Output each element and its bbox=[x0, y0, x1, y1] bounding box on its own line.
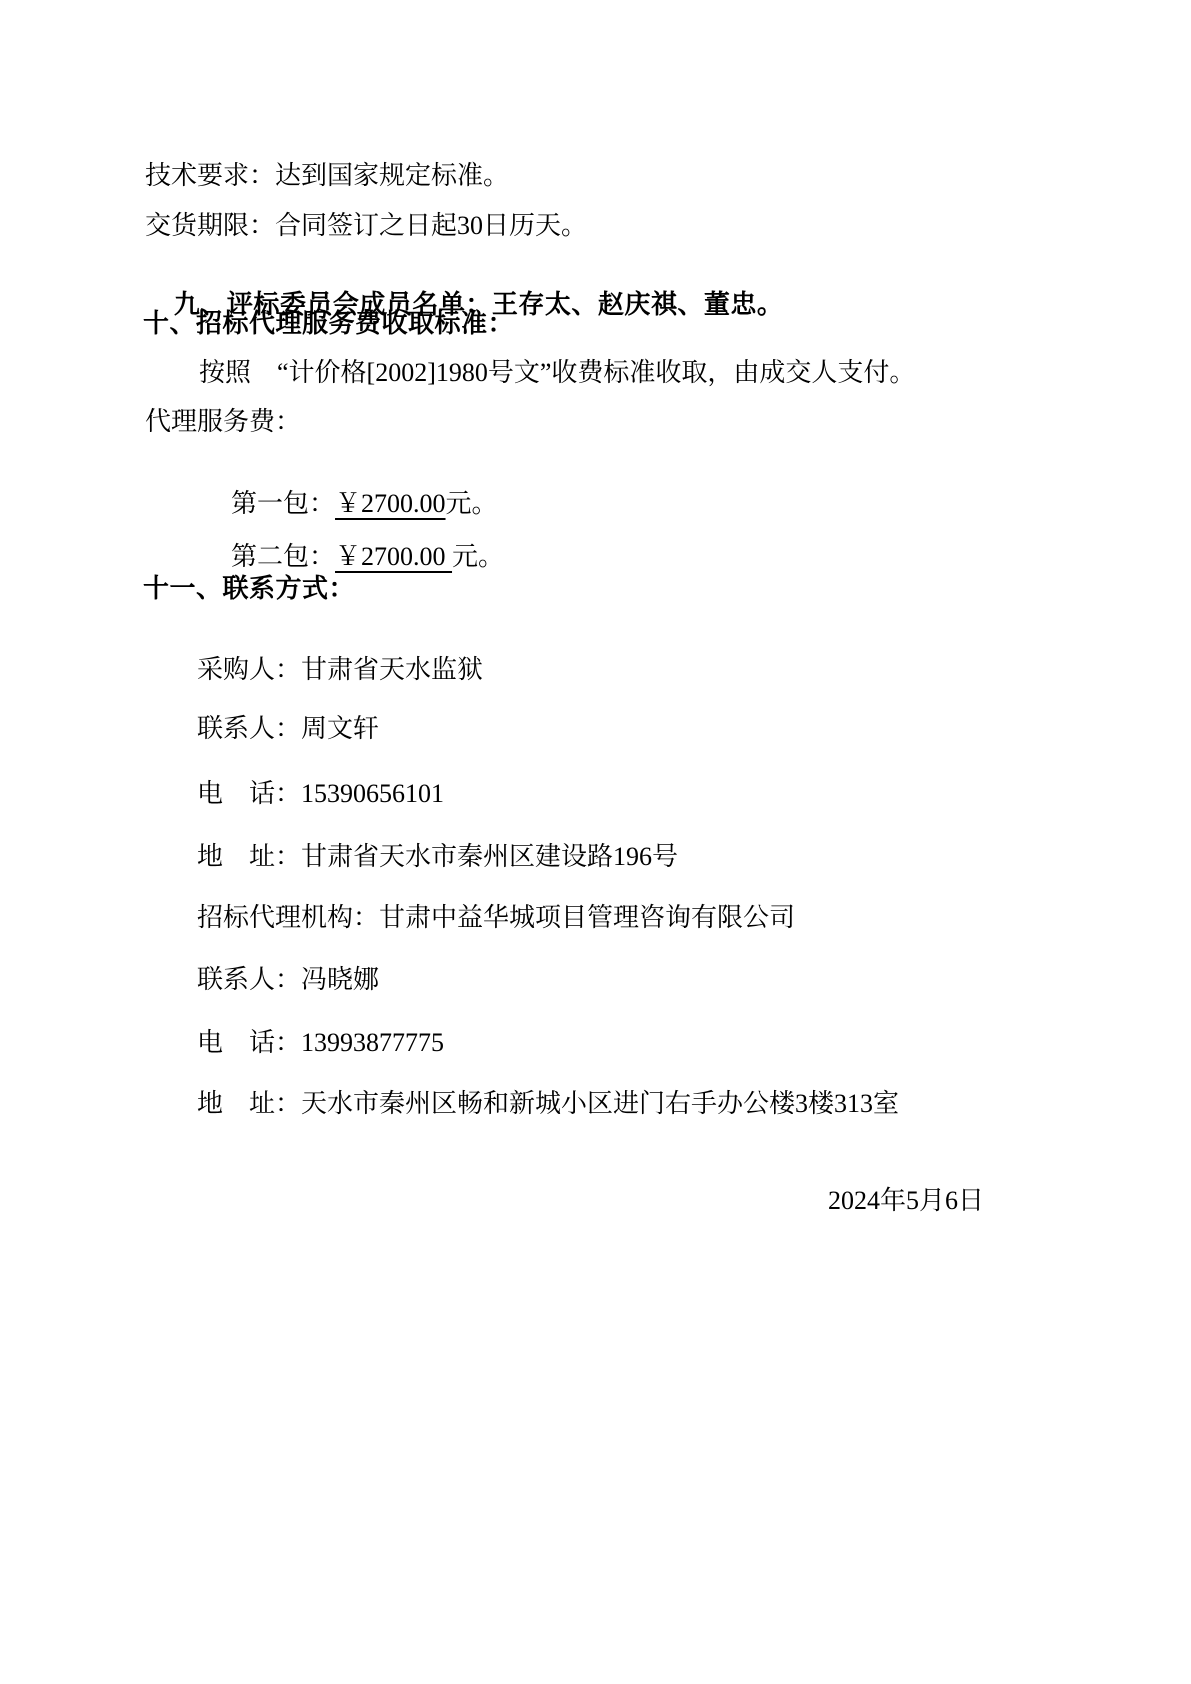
address-label-1: 地 址： bbox=[197, 842, 301, 871]
address-line-2: 地 址：天水市秦州区畅和新城小区进门右手办公楼3楼313室 bbox=[171, 1059, 899, 1149]
address-value-2: 天水市秦州区畅和新城小区进门右手办公楼3楼313室 bbox=[301, 1089, 899, 1118]
phone-label-2: 电 话： bbox=[197, 1028, 301, 1057]
tech-requirement-line: 技术要求：达到国家规定标准。 bbox=[145, 161, 509, 191]
document-page: 技术要求：达到国家规定标准。 交货期限：合同签订之日起30日历天。 九、评标委员… bbox=[0, 0, 1191, 1684]
contact-person-label-2: 联系人： bbox=[197, 965, 301, 994]
agency-value: 甘肃中益华城项目管理咨询有限公司 bbox=[379, 903, 795, 932]
contact-section-heading: 十一、联系方式： bbox=[143, 574, 355, 604]
package2-amount: ￥2700.00 bbox=[335, 542, 452, 571]
agency-fee-heading: 十、招标代理服务费收取标准： bbox=[143, 309, 514, 339]
address-label-2: 地 址： bbox=[197, 1089, 301, 1118]
evaluation-committee-names: 王存太、赵庆祺、董忠。 bbox=[492, 290, 784, 319]
contact-person-value-1: 周文轩 bbox=[301, 714, 379, 743]
document-date: 2024年5月6日 bbox=[828, 1186, 984, 1216]
purchaser-label: 采购人： bbox=[197, 655, 301, 684]
package2-label: 第二包： bbox=[231, 542, 335, 571]
package2-suffix: 元。 bbox=[452, 542, 504, 571]
phone-value-1: 15390656101 bbox=[301, 779, 444, 808]
fee-label-line: 代理服务费： bbox=[145, 407, 301, 437]
contact-person-value-2: 冯晓娜 bbox=[301, 965, 379, 994]
delivery-deadline-line: 交货期限：合同签订之日起30日历天。 bbox=[145, 211, 587, 241]
agency-label: 招标代理机构： bbox=[197, 903, 379, 932]
contact-person-label-1: 联系人： bbox=[197, 714, 301, 743]
address-value-1: 甘肃省天水市秦州区建设路196号 bbox=[301, 842, 678, 871]
phone-value-2: 13993877775 bbox=[301, 1028, 444, 1057]
purchaser-value: 甘肃省天水监狱 bbox=[301, 655, 483, 684]
fee-basis-line: 按照 “计价格[2002]1980号文”收费标准收取，由成交人支付。 bbox=[199, 358, 915, 388]
phone-label-1: 电 话： bbox=[197, 779, 301, 808]
